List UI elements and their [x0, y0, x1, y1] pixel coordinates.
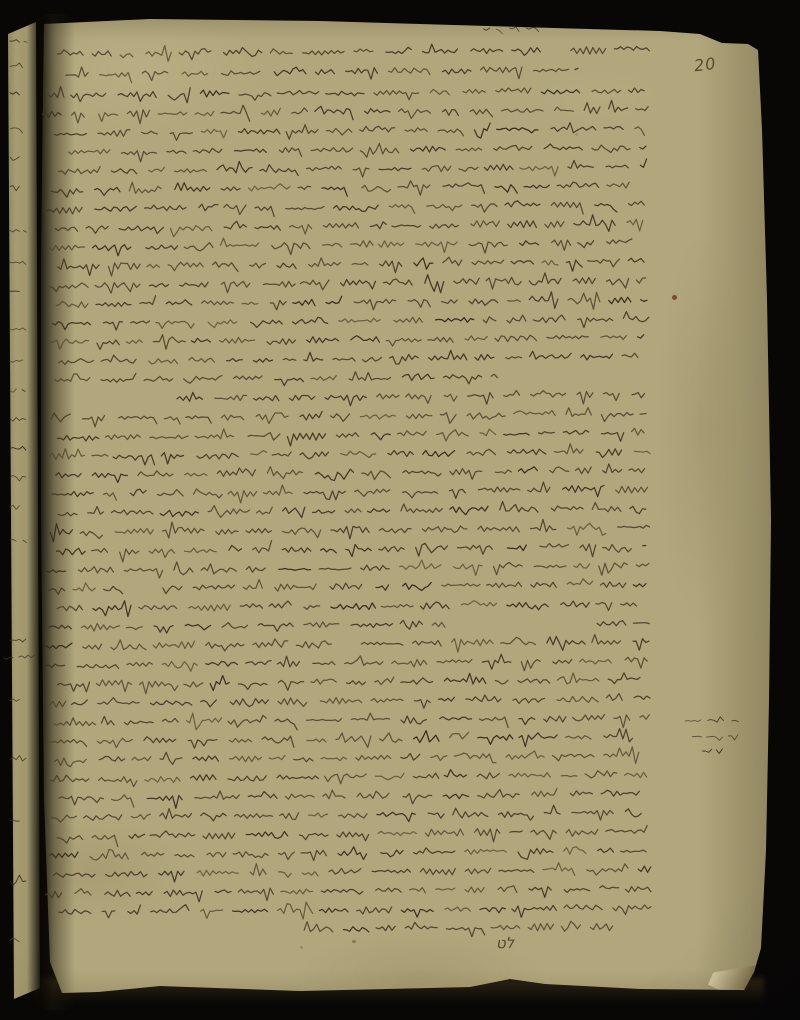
- manuscript-photograph: 20 לט: [0, 0, 800, 1020]
- facing-page-fragments: [10, 40, 27, 942]
- quire-signature: לט: [496, 934, 515, 953]
- handwriting-layer: [0, 0, 800, 1020]
- ink-spot: [352, 940, 356, 943]
- ink-spot: [300, 946, 303, 949]
- body-handwriting: [38, 41, 658, 941]
- ink-spot: [575, 133, 578, 136]
- page-number: 20: [693, 54, 718, 76]
- ink-spot: [672, 295, 677, 300]
